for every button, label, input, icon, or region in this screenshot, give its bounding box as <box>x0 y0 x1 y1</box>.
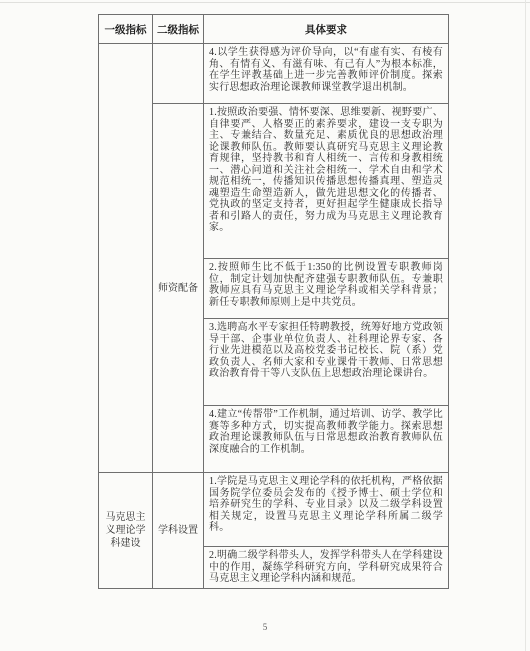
header-level1-indicator: 一级指标 <box>99 15 153 44</box>
level2-cell-discipline-setup: 学科设置 <box>153 473 204 589</box>
requirement-item-staffing-4: 4.建立“传帮带”工作机制，通过培训、访学、教学比赛等多种方式，切实提高教师教学… <box>204 406 449 473</box>
level2-cell-teacher-staffing: 师资配备 <box>153 104 204 473</box>
header-level2-indicator: 二级指标 <box>153 15 204 44</box>
scan-artifact-right-edge-line <box>525 0 526 651</box>
requirement-item-carryover-4: 4.以学生获得感为评价导向，以“有虚有实、有棱有角、有情有义、有滋有味、有己有人… <box>204 44 449 104</box>
page-number: 5 <box>0 622 530 632</box>
header-specific-requirements: 具体要求 <box>204 15 449 44</box>
level2-cell-empty-continuation <box>153 44 204 104</box>
requirement-item-discipline-1: 1.学院是马克思主义理论学科的依托机构，严格依据国务院学位委员会发布的《授予博士… <box>204 473 449 547</box>
requirement-item-staffing-3: 3.选聘高水平专家担任特聘教授，统筹好地方党政领导干部、企事业单位负责人、社科理… <box>204 319 449 406</box>
table-row-carryover: 4.以学生获得感为评价导向，以“有虚有实、有棱有角、有情有义、有滋有味、有己有人… <box>99 44 449 104</box>
requirement-item-discipline-2: 2.明确二级学科带头人，发挥学科带头人在学科建设中的作用，凝练学科研究方向，学科… <box>204 547 449 589</box>
requirement-item-staffing-2: 2.按照师生比不低于1:350的比例设置专职教师岗位，制定计划加快配齐建强专职教… <box>204 259 449 319</box>
table-row-discipline-1: 马克思主义理论学科建设 学科设置 1.学院是马克思主义理论学科的依托机构，严格依… <box>99 473 449 547</box>
requirement-item-staffing-1: 1.按照政治要强、情怀要深、思维要新、视野要广、自律要严、人格要正的素养要求，建… <box>204 104 449 259</box>
scan-artifact-top-line <box>0 2 530 3</box>
level1-cell-marxism-discipline-construction: 马克思主义理论学科建设 <box>99 473 153 589</box>
table-header-row: 一级指标 二级指标 具体要求 <box>99 15 449 44</box>
indicator-table: 一级指标 二级指标 具体要求 4.以学生获得感为评价导向，以“有虚有实、有棱有角… <box>98 14 449 589</box>
level1-cell-empty-continuation <box>99 44 153 473</box>
